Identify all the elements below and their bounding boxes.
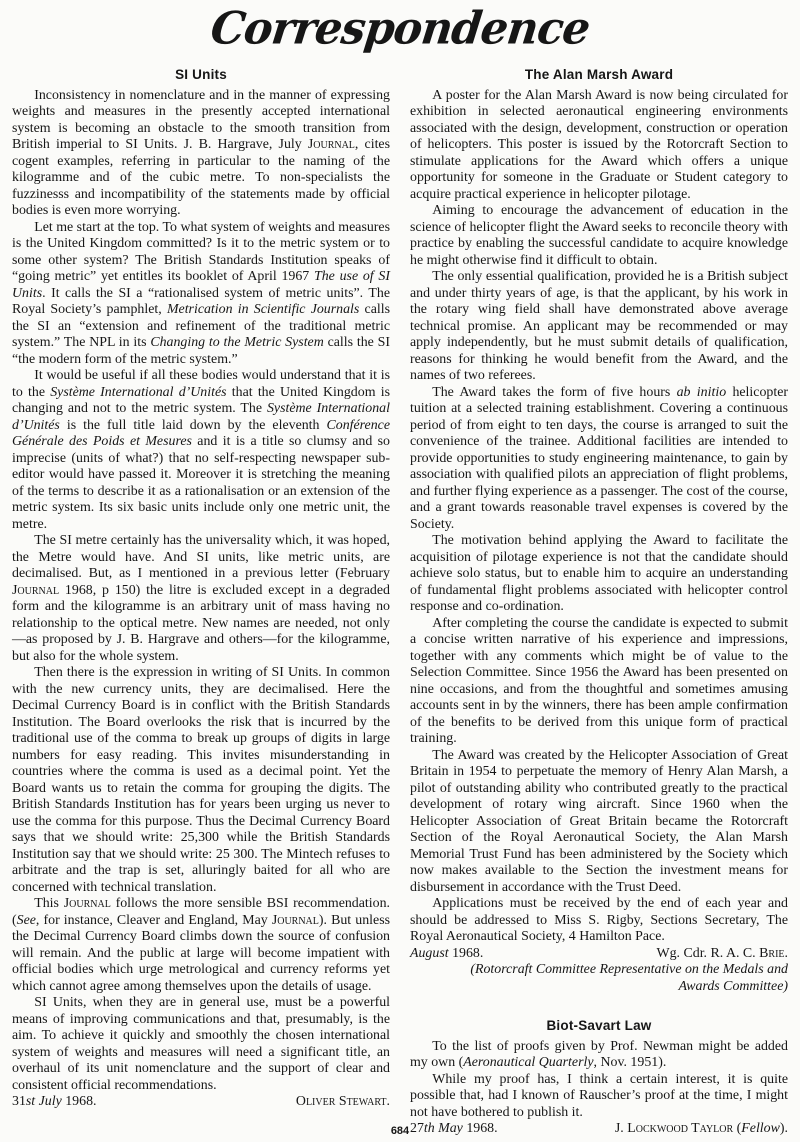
paragraph: Then there is the expression in writing … bbox=[12, 665, 390, 896]
letter-alan-marsh-award: The Alan Marsh Award A poster for the Al… bbox=[410, 67, 788, 995]
paragraph: The only essential qualification, provid… bbox=[410, 269, 788, 385]
paragraph: Let me start at the top. To what system … bbox=[12, 220, 390, 369]
paragraph: SI Units, when they are in general use, … bbox=[12, 995, 390, 1094]
page-number: 684 bbox=[0, 1125, 800, 1137]
letter-body-si-units: Inconsistency in nomenclature and in the… bbox=[12, 88, 390, 1095]
page-title: Correspondence bbox=[12, 2, 788, 58]
paragraph: A poster for the Alan Marsh Award is now… bbox=[410, 88, 788, 204]
paragraph: Aiming to encourage the advancement of e… bbox=[410, 203, 788, 269]
letter-body-alan-marsh: A poster for the Alan Marsh Award is now… bbox=[410, 88, 788, 946]
paragraph: After completing the course the candidat… bbox=[410, 616, 788, 748]
letter-body-biot-savart: To the list of proofs given by Prof. New… bbox=[410, 1039, 788, 1122]
signoff-alan-marsh: August 1968. Wg. Cdr. R. A. C. Brie. bbox=[410, 946, 788, 963]
paragraph: It would be useful if all these bodies w… bbox=[12, 368, 390, 533]
paragraph: Inconsistency in nomenclature and in the… bbox=[12, 88, 390, 220]
left-column: SI Units Inconsistency in nomenclature a… bbox=[12, 58, 390, 1138]
journal-page: Correspondence SI Units Inconsistency in… bbox=[0, 0, 800, 1142]
paragraph: While my proof has, I think a certain in… bbox=[410, 1072, 788, 1122]
paragraph: This Journal follows the more sensible B… bbox=[12, 896, 390, 995]
letter-heading-alan-marsh: The Alan Marsh Award bbox=[410, 67, 788, 84]
paragraph: Applications must be received by the end… bbox=[410, 896, 788, 946]
page-title-text: Correspondence bbox=[208, 1, 593, 57]
letter-date: 31st July 1968. bbox=[12, 1094, 97, 1111]
paragraph: To the list of proofs given by Prof. New… bbox=[410, 1039, 788, 1072]
paragraph: The motivation behind applying the Award… bbox=[410, 533, 788, 616]
letter-heading-si-units: SI Units bbox=[12, 67, 390, 84]
signoff-si-units: 31st July 1968. Oliver Stewart. bbox=[12, 1094, 390, 1111]
two-column-layout: SI Units Inconsistency in nomenclature a… bbox=[12, 58, 788, 1138]
right-column: The Alan Marsh Award A poster for the Al… bbox=[410, 58, 788, 1138]
letter-biot-savart-law: Biot-Savart Law To the list of proofs gi… bbox=[410, 1018, 788, 1138]
letter-si-units: SI Units Inconsistency in nomenclature a… bbox=[12, 67, 390, 1111]
letter-date: August 1968. bbox=[410, 946, 483, 963]
paragraph: The Award takes the form of five hours a… bbox=[410, 385, 788, 534]
paragraph: The SI metre certainly has the universal… bbox=[12, 533, 390, 665]
letter-signature: Oliver Stewart. bbox=[296, 1094, 390, 1111]
letter-signature: Wg. Cdr. R. A. C. Brie. bbox=[656, 946, 788, 963]
signature-attribution: (Rotorcraft Committee Representative on … bbox=[410, 962, 788, 995]
paragraph: The Award was created by the Helicopter … bbox=[410, 748, 788, 897]
section-divider-space bbox=[410, 995, 788, 1009]
letter-heading-biot-savart: Biot-Savart Law bbox=[410, 1018, 788, 1035]
